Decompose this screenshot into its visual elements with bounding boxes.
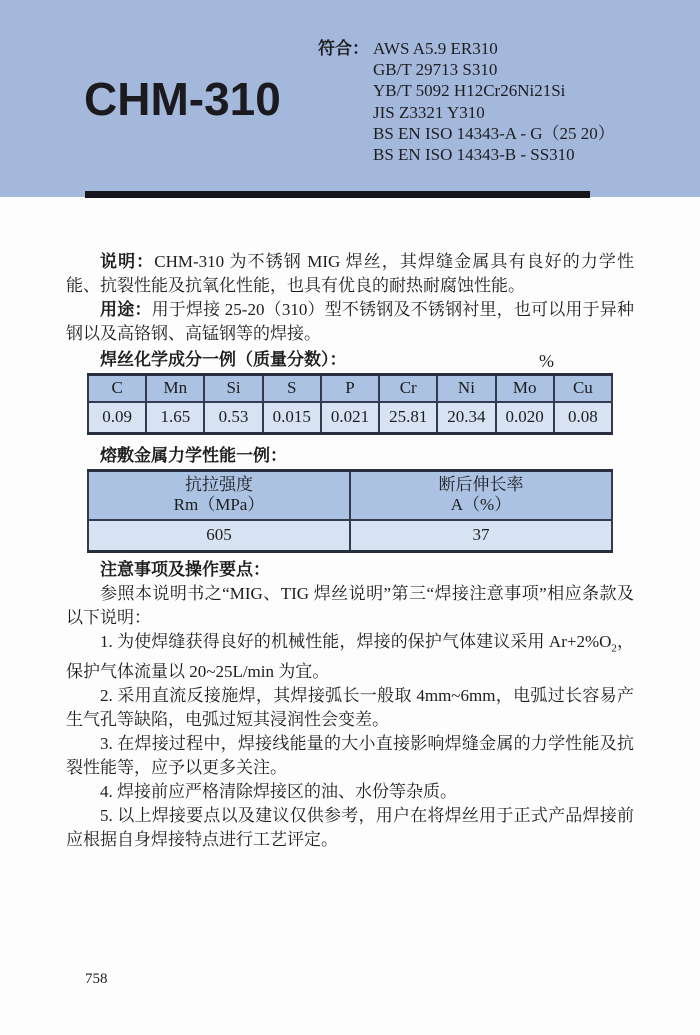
cell-value: 20.34	[437, 402, 495, 434]
mechanical-value-row: 605 37	[88, 520, 612, 552]
chemistry-table: C Mn Si S P Cr Ni Mo Cu 0.09 1.65 0.53 0…	[87, 373, 613, 435]
cell-value: 0.015	[263, 402, 321, 434]
cell-value: 1.65	[146, 402, 204, 434]
column-header: S	[263, 375, 321, 403]
column-header: Si	[204, 375, 262, 403]
column-header: Cu	[554, 375, 612, 403]
note-text: 1. 为使焊缝获得良好的机械性能，焊接的保护气体建议采用 Ar+2%O	[100, 632, 611, 651]
description-section: 说明：CHM-310 为不锈钢 MIG 焊丝，其焊缝金属具有良好的力学性能、抗裂…	[66, 250, 634, 346]
column-header: Mo	[496, 375, 554, 403]
column-header: 抗拉强度 Rm（MPa）	[88, 471, 350, 521]
standard-item: AWS A5.9 ER310	[373, 38, 615, 59]
column-header: Mn	[146, 375, 204, 403]
header-line: A（%）	[351, 495, 611, 515]
header-band: CHM-310 符合： AWS A5.9 ER310 GB/T 29713 S3…	[0, 0, 700, 197]
notes-item: 2. 采用直流反接施焊，其焊接弧长一般取 4mm~6mm，电弧过长容易产生气孔等…	[66, 684, 634, 732]
cell-value: 37	[350, 520, 612, 552]
standards-list: AWS A5.9 ER310 GB/T 29713 S310 YB/T 5092…	[373, 38, 615, 165]
column-header: C	[88, 375, 146, 403]
standard-item: BS EN ISO 14343-A - G（25 20）	[373, 123, 615, 144]
paragraph-label: 说明：	[100, 252, 154, 271]
cell-value: 0.09	[88, 402, 146, 434]
chemistry-header-row: C Mn Si S P Cr Ni Mo Cu	[88, 375, 612, 403]
compliance-label: 符合：	[318, 38, 369, 59]
header-line: 抗拉强度	[89, 475, 349, 495]
paragraph-text: 用于焊接 25-20（310）型不锈钢及不锈钢衬里，也可以用于异种钢以及高铬钢、…	[66, 300, 634, 343]
cell-value: 0.021	[321, 402, 379, 434]
standard-item: JIS Z3321 Y310	[373, 102, 615, 123]
column-header: P	[321, 375, 379, 403]
notes-intro: 参照本说明书之“MIG、TIG 焊丝说明”第三“焊接注意事项”相应条款及以下说明…	[66, 582, 634, 630]
notes-item: 3. 在焊接过程中，焊接线能量的大小直接影响焊缝金属的力学性能及抗裂性能等，应予…	[66, 732, 634, 780]
page-number: 758	[85, 970, 108, 988]
column-header: Cr	[379, 375, 437, 403]
notes-item: 4. 焊接前应严格清除焊接区的油、水份等杂质。	[66, 780, 634, 804]
mechanical-header-row: 抗拉强度 Rm（MPa） 断后伸长率 A（%）	[88, 471, 612, 521]
header-divider-bar	[85, 191, 590, 198]
column-header: Ni	[437, 375, 495, 403]
product-code-title: CHM-310	[84, 76, 281, 122]
mechanical-title-row: 熔敷金属力学性能一例：	[66, 444, 634, 468]
standard-item: YB/T 5092 H12Cr26Ni21Si	[373, 80, 615, 101]
notes-section-title: 注意事项及操作要点：	[66, 558, 634, 582]
cell-value: 0.020	[496, 402, 554, 434]
chemistry-table-wrap: C Mn Si S P Cr Ni Mo Cu 0.09 1.65 0.53 0…	[87, 373, 613, 435]
notes-section: 注意事项及操作要点： 参照本说明书之“MIG、TIG 焊丝说明”第三“焊接注意事…	[66, 558, 634, 852]
mechanical-section-title: 熔敷金属力学性能一例：	[66, 444, 634, 468]
notes-item: 1. 为使焊缝获得良好的机械性能，焊接的保护气体建议采用 Ar+2%O2，保护气…	[66, 630, 634, 684]
usage-paragraph: 用途：用于焊接 25-20（310）型不锈钢及不锈钢衬里，也可以用于异种钢以及高…	[66, 298, 634, 346]
header-line: Rm（MPa）	[89, 495, 349, 515]
paragraph-label: 用途：	[100, 300, 152, 319]
chemistry-unit-label: %	[539, 351, 634, 372]
standard-item: GB/T 29713 S310	[373, 59, 615, 80]
chemistry-title-row: 焊丝化学成分一例（质量分数）： %	[66, 348, 634, 372]
cell-value: 0.08	[554, 402, 612, 434]
column-header: 断后伸长率 A（%）	[350, 471, 612, 521]
mechanical-table: 抗拉强度 Rm（MPa） 断后伸长率 A（%） 605 37	[87, 469, 613, 553]
header-line: 断后伸长率	[351, 475, 611, 495]
standard-item: BS EN ISO 14343-B - SS310	[373, 144, 615, 165]
notes-item: 5. 以上焊接要点以及建议仅供参考，用户在将焊丝用于正式产品焊接前应根据自身焊接…	[66, 804, 634, 852]
chemistry-section-title: 焊丝化学成分一例（质量分数）：	[66, 348, 347, 372]
cell-value: 0.53	[204, 402, 262, 434]
catalog-page: CHM-310 符合： AWS A5.9 ER310 GB/T 29713 S3…	[0, 0, 700, 1035]
chemistry-value-row: 0.09 1.65 0.53 0.015 0.021 25.81 20.34 0…	[88, 402, 612, 434]
cell-value: 25.81	[379, 402, 437, 434]
compliance-block: 符合： AWS A5.9 ER310 GB/T 29713 S310 YB/T …	[318, 38, 615, 165]
cell-value: 605	[88, 520, 350, 552]
description-paragraph: 说明：CHM-310 为不锈钢 MIG 焊丝，其焊缝金属具有良好的力学性能、抗裂…	[66, 250, 634, 298]
mechanical-table-wrap: 抗拉强度 Rm（MPa） 断后伸长率 A（%） 605 37	[87, 469, 613, 553]
